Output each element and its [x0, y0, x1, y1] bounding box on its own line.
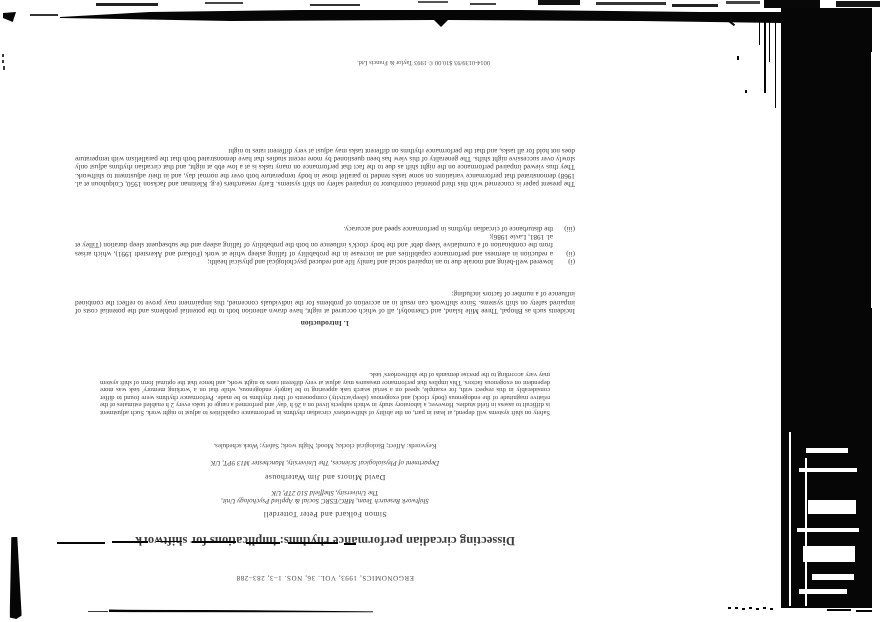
keywords-line: Keywords: Affect; Biological clocks; Moo… [75, 442, 575, 449]
authors-secondary: David Minors and Jim Waterhouse [75, 473, 575, 482]
factor-item-i: (i) lowered well-being and morale due to… [75, 258, 575, 266]
scan-artifact-left-dot-2 [2, 60, 4, 63]
factor-item-iii-label: (iii) [553, 225, 575, 233]
authors-primary: Simon Folkard and Peter Totterdell [75, 510, 575, 519]
scan-hairline-4 [775, 16, 776, 108]
factor-item-i-label: (i) [553, 258, 575, 266]
scan-dot-2 [745, 90, 747, 93]
scan-br-dash-1 [827, 609, 851, 611]
scan-streak-3 [808, 500, 856, 514]
affiliation-secondary: Department of Physiological Sciences, Th… [75, 459, 575, 467]
factor-list: (i) lowered well-being and morale due to… [75, 225, 575, 266]
scan-dotrow-2 [735, 607, 738, 609]
scan-dotrow-6 [763, 607, 766, 609]
scan-streak-2 [799, 468, 857, 472]
issn-copyright-line: 0014-0139/93 $10.00 © 1993 Taylor & Fran… [75, 59, 490, 66]
section-heading-introduction: 1. Introduction [75, 319, 575, 328]
scan-streak-vline-2 [805, 458, 807, 606]
scan-streak-6 [812, 574, 854, 580]
scan-br-dash-2 [856, 610, 872, 612]
article-page-rotated-180: ERGONOMICS, 1993, VOL. 36, NOS. 1–3, 283… [75, 0, 575, 622]
affiliation-primary-line2: The University, Sheffield S10 2TP, UK [75, 489, 575, 497]
scan-artifact-bottomleft-bar [8, 537, 21, 619]
scan-artifact-right-band [781, 8, 872, 608]
scan-dotrow-4 [749, 607, 752, 609]
factor-item-ii-label: (ii) [553, 233, 575, 258]
factor-item-iii-text: the disturbance of circadian rhythms in … [75, 225, 553, 233]
affiliation-primary-line1: Shiftwork Research Team, MRC/ESRC Social… [75, 497, 575, 505]
scan-artifact-left-dot-1 [2, 54, 4, 57]
abstract-paragraph: Safety on shift systems will depend, at … [100, 371, 550, 416]
factor-item-ii-text: a reduction in alertness and performance… [75, 233, 553, 258]
scan-dotrow-1 [728, 607, 731, 609]
factor-item-i-text: lowered well-being and morale due to an … [75, 258, 553, 266]
scan-artifact-top-edge [0, 0, 880, 36]
scan-hairline-2 [764, 17, 766, 93]
journal-header-line: ERGONOMICS, 1993, VOL. 36, NOS. 1–3, 283… [75, 574, 575, 582]
factor-item-ii: (ii) a reduction in alertness and perfor… [75, 233, 575, 258]
scan-dotrow-3 [742, 608, 745, 610]
scanned-document-page: ERGONOMICS, 1993, VOL. 36, NOS. 1–3, 283… [0, 0, 880, 622]
scan-artifact-right-sliver [871, 52, 880, 308]
scan-dash-6 [288, 542, 338, 544]
scan-dash-7 [344, 543, 356, 545]
scan-streak-5 [803, 546, 855, 562]
scan-streak-1 [806, 448, 848, 453]
paper-title: Dissecting circadian performance rhythms… [75, 533, 575, 548]
closing-paragraph: The present paper is concerned with this… [75, 147, 575, 188]
affiliation-primary: Shiftwork Research Team, MRC/ESRC Social… [75, 489, 575, 505]
scan-dotrow-5 [756, 608, 759, 610]
scan-line-tail [88, 611, 108, 612]
scan-dash-1 [57, 542, 105, 544]
scan-dot-1 [737, 56, 739, 60]
scan-dash-3 [156, 541, 182, 542]
scan-hairline-3 [769, 14, 770, 62]
scan-dash-2 [112, 541, 148, 543]
factor-item-iii: (iii) the disturbance of circadian rhyth… [75, 225, 575, 233]
scan-streak-vline-1 [789, 432, 791, 606]
scan-hairline-1 [759, 15, 760, 45]
intro-paragraph: Incidents such as Bhopal, Three Mile Isl… [75, 290, 575, 315]
scan-dash-4 [192, 541, 236, 543]
scan-dotrow-7 [770, 608, 773, 610]
scan-dash-5 [246, 542, 280, 544]
scan-artifact-left-dot-3 [3, 66, 5, 70]
